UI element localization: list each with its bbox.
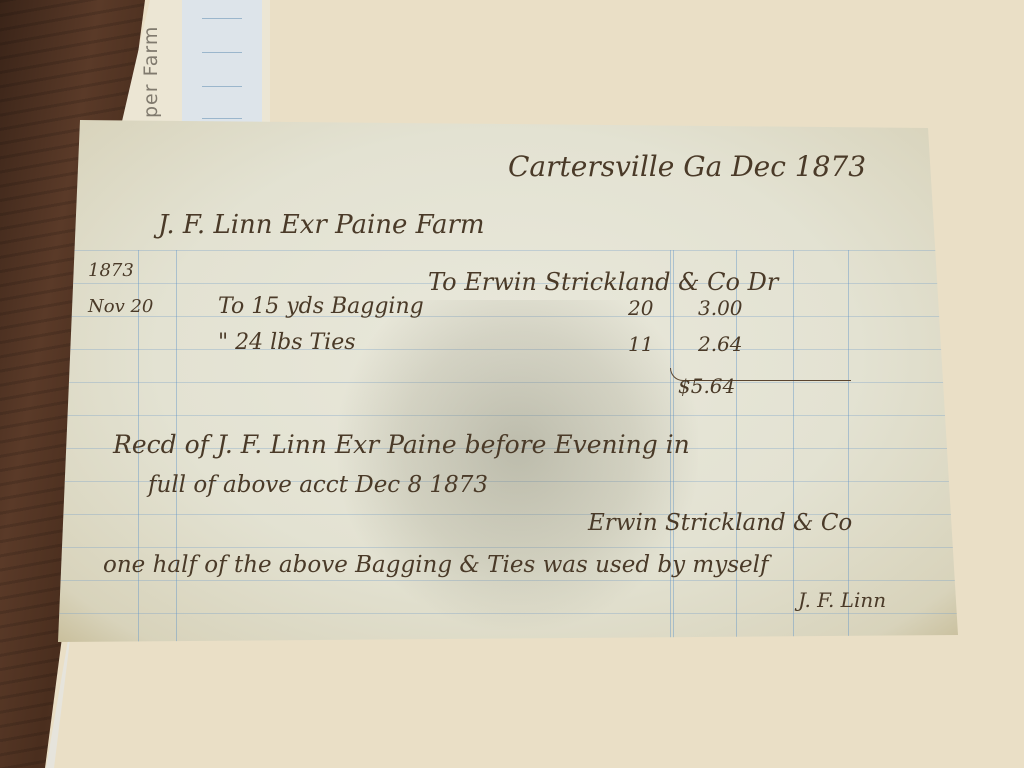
entry-rate: 11 <box>628 332 653 356</box>
place-date: Cartersville Ga Dec 1873 <box>508 150 866 183</box>
ledger-column-rule <box>848 250 849 642</box>
account-name: J. F. Linn Exr Paine Farm <box>158 210 485 240</box>
ledger-rule <box>58 382 958 383</box>
entry-description: " 24 lbs Ties <box>218 330 356 355</box>
usage-note: one half of the above Bagging & Ties was… <box>103 552 769 578</box>
entry-rate: 20 <box>628 296 653 320</box>
creditor-line: To Erwin Strickland & Co Dr <box>428 268 778 296</box>
graph-paper-strip <box>182 0 262 130</box>
receipt-line-1: Recd of J. F. Linn Exr Paine before Even… <box>113 430 690 459</box>
ledger-total: $5.64 <box>678 374 735 398</box>
entry-amount: 3.00 <box>698 296 743 320</box>
ledger-rule <box>58 316 958 317</box>
receipt-line-2: full of above acct Dec 8 1873 <box>148 472 488 498</box>
folder-pencil-label: per Farm <box>140 26 162 118</box>
linn-signature: J. F. Linn <box>798 588 886 612</box>
entry-amount: 2.64 <box>698 332 743 356</box>
ledger-rule <box>58 349 958 350</box>
ledger-rule <box>58 580 958 581</box>
ledger-rule <box>58 415 958 416</box>
entry-date: Nov 20 <box>88 296 153 317</box>
entry-description: To 15 yds Bagging <box>218 294 424 319</box>
handwritten-receipt: Cartersville Ga Dec 1873 J. F. Linn Exr … <box>58 120 958 642</box>
ledger-rule <box>58 613 958 614</box>
ledger-rule <box>58 547 958 548</box>
ledger-year: 1873 <box>88 260 134 281</box>
ledger-column-rule <box>793 250 794 642</box>
firm-signature: Erwin Strickland & Co <box>588 510 852 536</box>
ledger-rule <box>58 250 958 251</box>
